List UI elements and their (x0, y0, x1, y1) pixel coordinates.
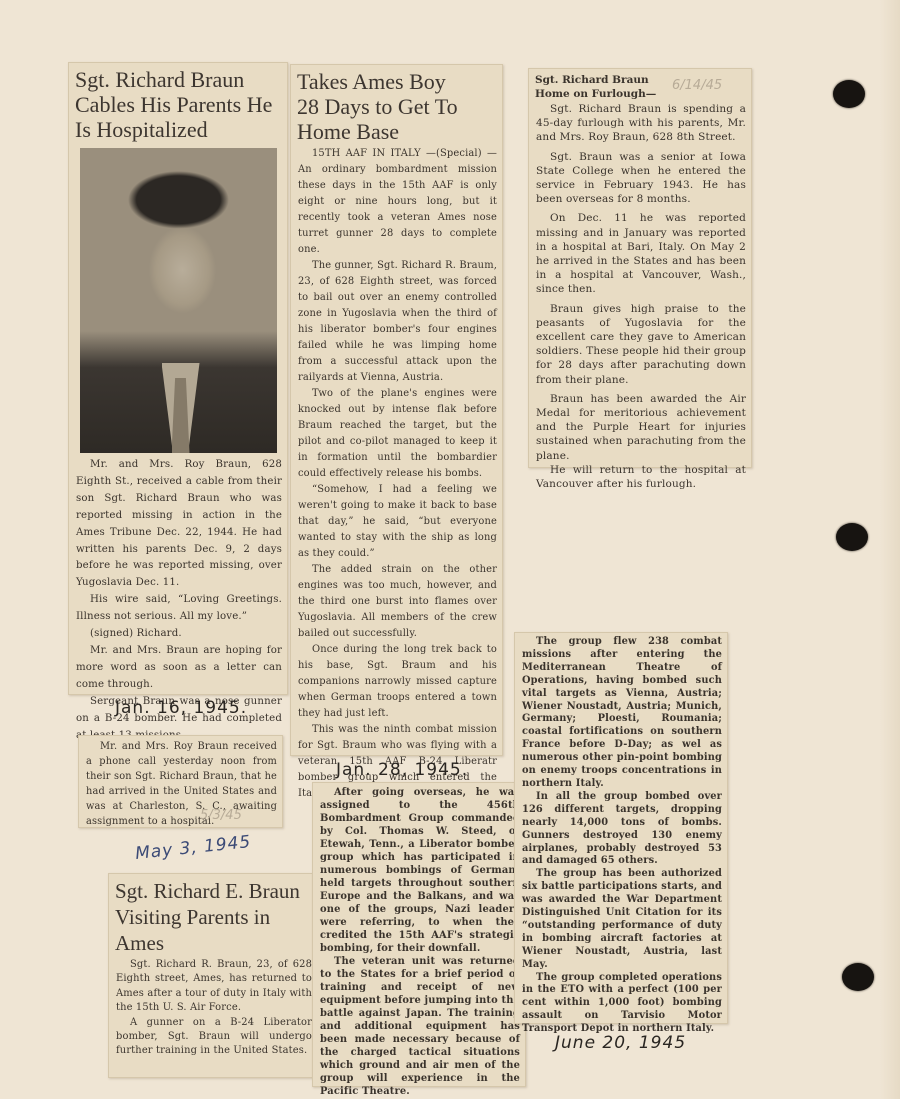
article-body: Sgt. Richard Braun is spending a 45-day … (529, 102, 751, 491)
article-body: After going overseas, he was assigned to… (313, 786, 525, 1098)
headline: Sgt. Richard Braun Cables His Parents He… (69, 63, 287, 144)
article-body: Sgt. Richard R. Braun, 23, of 628 Eighth… (109, 958, 317, 1059)
article-body: Mr. and Mrs. Roy Braun received a phone … (79, 739, 282, 829)
soldier-portrait-photo (80, 148, 277, 453)
handwritten-date: June 20, 1945 (555, 1033, 686, 1053)
binder-hole-top (833, 80, 865, 108)
clipping-visiting-parents: Sgt. Richard E. Braun Visiting Parents i… (108, 873, 318, 1078)
page-edge (880, 0, 900, 1099)
clipping-cables-parents: Sgt. Richard Braun Cables His Parents He… (68, 62, 288, 695)
handwritten-date: Jan. 28, 1945. (336, 760, 468, 780)
pencil-date: 5/3/45 (200, 808, 242, 823)
handwritten-date: Jan. 16, 1945. (115, 698, 247, 718)
clipping-overseas-assignment: After going overseas, he was assigned to… (312, 782, 526, 1087)
handwritten-date: May 3, 1945 (134, 832, 252, 864)
clipping-group-missions: The group flew 238 combat missions after… (514, 632, 728, 1024)
clipping-home-on-furlough: Sgt. Richard Braun Home on Furlough— Sgt… (528, 68, 752, 468)
headline: Sgt. Richard E. Braun Visiting Parents i… (109, 874, 317, 958)
headline: Takes Ames Boy 28 Days to Get To Home Ba… (291, 65, 502, 146)
pencil-date: 6/14/45 (672, 78, 722, 93)
clipping-takes-ames-boy: Takes Ames Boy 28 Days to Get To Home Ba… (290, 64, 503, 756)
binder-hole-bottom (842, 963, 874, 991)
clipping-phone-call: Mr. and Mrs. Roy Braun received a phone … (78, 735, 283, 828)
binder-hole-middle (836, 523, 868, 551)
article-body: The group flew 238 combat missions after… (515, 636, 727, 1036)
article-body: 15TH AAF IN ITALY —(Special) —An ordinar… (291, 146, 502, 802)
